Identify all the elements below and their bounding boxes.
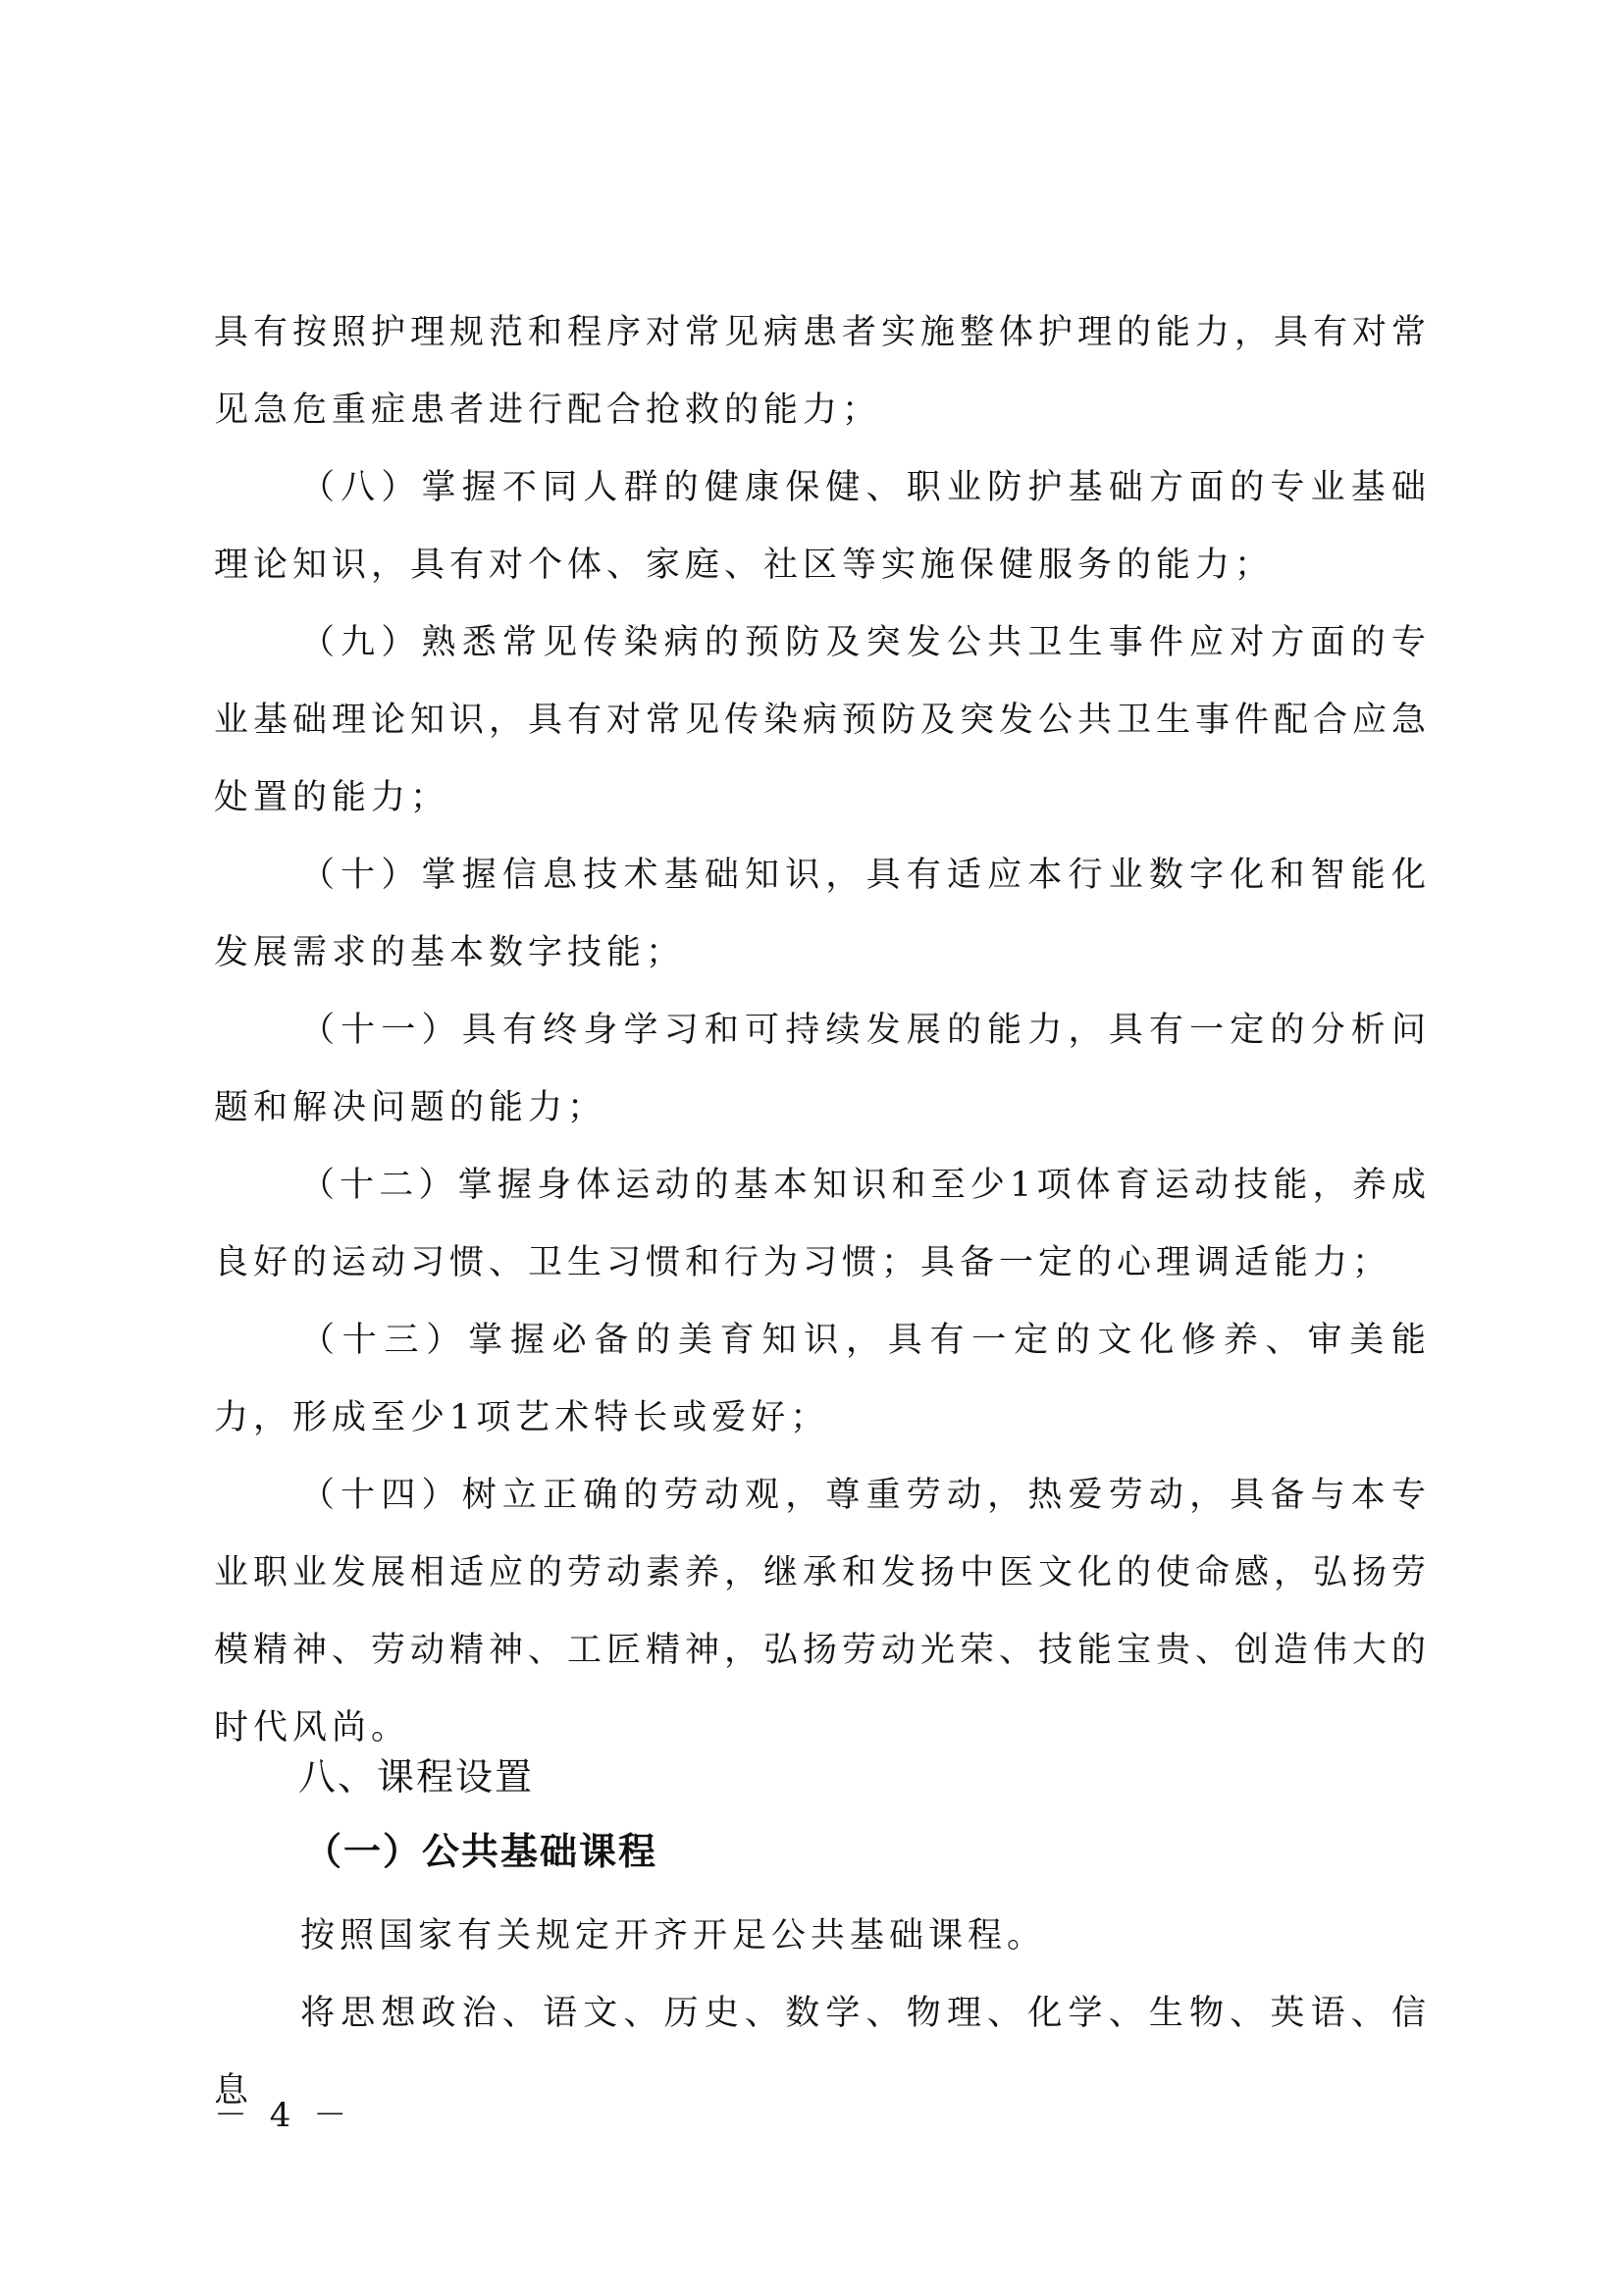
document-page: 具有按照护理规范和程序对常见病患者实施整体护理的能力，具有对常见急危重症患者进行…: [0, 0, 1624, 2295]
paragraph-item-10: （十）掌握信息技术基础知识，具有适应本行业数字化和智能化发展需求的基本数字技能；: [214, 837, 1431, 992]
paragraph-item-12: （十二）掌握身体运动的基本知识和至少1项体育运动技能，养成良好的运动习惯、卫生习…: [214, 1147, 1431, 1302]
lower-text-block: 按照国家有关规定开齐开足公共基础课程。 将思想政治、语文、历史、数学、物理、化学…: [214, 1898, 1431, 2130]
section-heading: 八、课程设置: [298, 1747, 534, 1800]
paragraph-item-9: （九）熟悉常见传染病的预防及突发公共卫生事件应对方面的专业基础理论知识，具有对常…: [214, 604, 1431, 837]
page-number: － 4 －: [214, 2088, 352, 2136]
paragraph-continuation: 具有按照护理规范和程序对常见病患者实施整体护理的能力，具有对常见急危重症患者进行…: [214, 294, 1431, 449]
paragraph-subjects: 将思想政治、语文、历史、数学、物理、化学、生物、英语、信息: [214, 1975, 1431, 2130]
body-text-block: 具有按照护理规范和程序对常见病患者实施整体护理的能力，具有对常见急危重症患者进行…: [214, 294, 1431, 1767]
paragraph-item-8: （八）掌握不同人群的健康保健、职业防护基础方面的专业基础理论知识，具有对个体、家…: [214, 449, 1431, 604]
subsection-heading: （一）公共基础课程: [304, 1821, 657, 1875]
paragraph-item-14: （十四）树立正确的劳动观，尊重劳动，热爱劳动，具备与本专业职业发展相适应的劳动素…: [214, 1457, 1431, 1767]
paragraph-item-13: （十三）掌握必备的美育知识，具有一定的文化修养、审美能力，形成至少1项艺术特长或…: [214, 1302, 1431, 1457]
paragraph-public-courses: 按照国家有关规定开齐开足公共基础课程。: [214, 1898, 1431, 1975]
paragraph-item-11: （十一）具有终身学习和可持续发展的能力，具有一定的分析问题和解决问题的能力；: [214, 992, 1431, 1147]
